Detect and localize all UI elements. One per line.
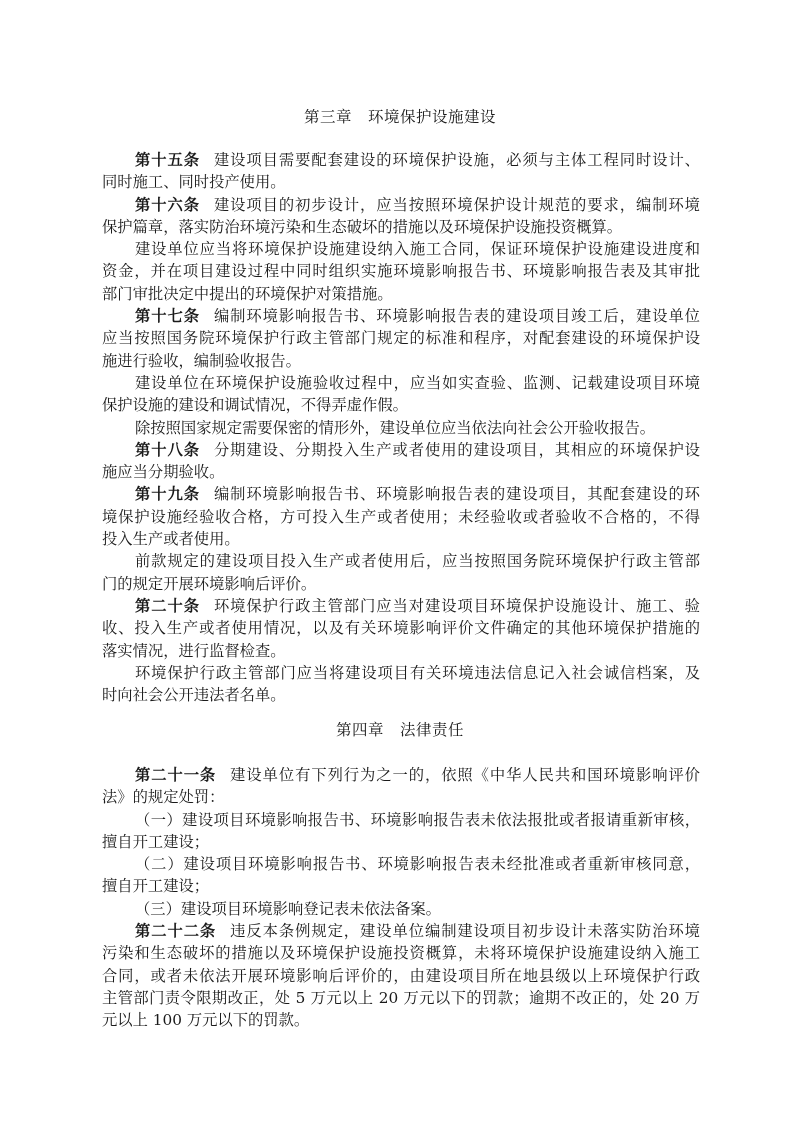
line-text: 施应当分期验收。 bbox=[102, 463, 224, 481]
line-text: 建设项目需要配套建设的环境保护设施，必须与主体工程同时设计、 bbox=[214, 151, 700, 169]
article-line: 第十六条建设项目的初步设计，应当按照环境保护设计规范的要求，编制环境 bbox=[102, 194, 700, 216]
chapter-3-title: 第三章 环境保护设施建设 bbox=[0, 107, 800, 127]
text-line: 门的规定开展环境影响后评价。 bbox=[102, 573, 700, 595]
line-text: 落实情况，进行监督检查。 bbox=[102, 642, 286, 660]
line-text: 部门审批决定中提出的环境保护对策措施。 bbox=[102, 285, 393, 303]
article-number: 第十九条 bbox=[135, 485, 200, 503]
line-text: 法》的规定处罚： bbox=[102, 788, 224, 806]
text-line: 资金，并在项目建设过程中同时组织实施环境影响报告书、环境影响报告表及其审批 bbox=[102, 260, 700, 282]
article-line: 第十九条编制环境影响报告书、环境影响报告表的建设项目，其配套建设的环 bbox=[102, 483, 700, 505]
line-text: 环境保护行政主管部门应当将建设项目有关环境违法信息记入社会诚信档案，及 bbox=[135, 664, 700, 682]
line-text: 施进行验收，编制验收报告。 bbox=[102, 352, 301, 370]
line-text: 投入生产或者使用。 bbox=[102, 530, 240, 548]
text-line: 施进行验收，编制验收报告。 bbox=[102, 350, 700, 372]
chapter-3-body: 第十五条建设项目需要配套建设的环境保护设施，必须与主体工程同时设计、同时施工、同… bbox=[102, 149, 700, 706]
line-text: 保护篇章，落实防治环境污染和生态破坏的措施以及环境保护设施投资概算。 bbox=[102, 218, 622, 236]
text-line: 保护篇章，落实防治环境污染和生态破坏的措施以及环境保护设施投资概算。 bbox=[102, 216, 700, 238]
line-text: 污染和生态破坏的措施以及环境保护设施投资概算，未将环境保护设施建设纳入施工 bbox=[102, 944, 700, 962]
chapter-4-title: 第四章 法律责任 bbox=[0, 720, 800, 740]
article-line: 第十七条编制环境影响报告书、环境影响报告表的建设项目竣工后，建设单位 bbox=[102, 305, 700, 327]
text-line: （二）建设项目环境影响报告书、环境影响报告表未经批准或者重新审核同意， bbox=[102, 853, 700, 875]
text-line: 元以上 100 万元以下的罚款。 bbox=[102, 1009, 700, 1031]
line-text: 收、投入生产或者使用情况，以及有关环境影响评价文件确定的其他环境保护措施的 bbox=[102, 619, 700, 637]
article-number: 第十八条 bbox=[135, 441, 200, 459]
article-number: 第十五条 bbox=[135, 151, 200, 169]
text-line: 擅自开工建设； bbox=[102, 831, 700, 853]
text-line: 时向社会公开违法者名单。 bbox=[102, 684, 700, 706]
chapter-4-body: 第二十一条建设单位有下列行为之一的，依照《中华人民共和国环境影响评价法》的规定处… bbox=[102, 764, 700, 1032]
article-number: 第十六条 bbox=[135, 196, 200, 214]
text-line: 部门审批决定中提出的环境保护对策措施。 bbox=[102, 283, 700, 305]
document-page: 第三章 环境保护设施建设 第十五条建设项目需要配套建设的环境保护设施，必须与主体… bbox=[0, 0, 800, 1131]
article-line: 第二十条环境保护行政主管部门应当对建设项目环境保护设施设计、施工、验 bbox=[102, 595, 700, 617]
article-number: 第二十一条 bbox=[135, 766, 216, 784]
line-text: 编制环境影响报告书、环境影响报告表的建设项目，其配套建设的环 bbox=[214, 485, 700, 503]
line-text: 资金，并在项目建设过程中同时组织实施环境影响报告书、环境影响报告表及其审批 bbox=[102, 262, 700, 280]
text-line: 环境保护行政主管部门应当将建设项目有关环境违法信息记入社会诚信档案，及 bbox=[102, 662, 700, 684]
text-line: 污染和生态破坏的措施以及环境保护设施投资概算，未将环境保护设施建设纳入施工 bbox=[102, 942, 700, 964]
line-text: 违反本条例规定，建设单位编制建设项目初步设计未落实防治环境 bbox=[230, 922, 700, 940]
line-text: （三）建设项目环境影响登记表未依法备案。 bbox=[135, 900, 441, 918]
article-number: 第二十条 bbox=[135, 597, 200, 615]
line-text: 建设单位有下列行为之一的，依照《中华人民共和国环境影响评价 bbox=[230, 766, 700, 784]
line-text: 保护设施的建设和调试情况，不得弄虚作假。 bbox=[102, 396, 408, 414]
text-line: 保护设施的建设和调试情况，不得弄虚作假。 bbox=[102, 394, 700, 416]
text-line: 收、投入生产或者使用情况，以及有关环境影响评价文件确定的其他环境保护措施的 bbox=[102, 617, 700, 639]
article-number: 第二十二条 bbox=[135, 922, 216, 940]
line-text: 环境保护行政主管部门应当对建设项目环境保护设施设计、施工、验 bbox=[214, 597, 700, 615]
line-text: 时向社会公开违法者名单。 bbox=[102, 686, 286, 704]
line-text: 境保护设施经验收合格，方可投入生产或者使用；未经验收或者验收不合格的，不得 bbox=[102, 508, 700, 526]
article-line: 第十八条分期建设、分期投入生产或者使用的建设项目，其相应的环境保护设 bbox=[102, 439, 700, 461]
line-text: 建设单位应当将环境保护设施建设纳入施工合同，保证环境保护设施建设进度和 bbox=[135, 240, 700, 258]
text-line: 建设单位在环境保护设施验收过程中，应当如实查验、监测、记载建设项目环境 bbox=[102, 372, 700, 394]
article-line: 第二十二条违反本条例规定，建设单位编制建设项目初步设计未落实防治环境 bbox=[102, 920, 700, 942]
article-number: 第十七条 bbox=[135, 307, 200, 325]
text-line: 施应当分期验收。 bbox=[102, 461, 700, 483]
line-text: 前款规定的建设项目投入生产或者使用后，应当按照国务院环境保护行政主管部 bbox=[135, 552, 700, 570]
text-line: 擅自开工建设； bbox=[102, 875, 700, 897]
text-line: 主管部门责令限期改正，处 5 万元以上 20 万元以下的罚款；逾期不改正的，处 … bbox=[102, 987, 700, 1009]
line-text: 同时施工、同时投产使用。 bbox=[102, 173, 286, 191]
text-line: 投入生产或者使用。 bbox=[102, 528, 700, 550]
line-text: （二）建设项目环境影响报告书、环境影响报告表未经批准或者重新审核同意， bbox=[135, 855, 700, 873]
text-line: 境保护设施经验收合格，方可投入生产或者使用；未经验收或者验收不合格的，不得 bbox=[102, 506, 700, 528]
line-text: 元以上 100 万元以下的罚款。 bbox=[102, 1011, 309, 1029]
line-text: 除按照国家规定需要保密的情形外，建设单位应当依法向社会公开验收报告。 bbox=[135, 419, 655, 437]
line-text: 建设项目的初步设计，应当按照环境保护设计规范的要求，编制环境 bbox=[214, 196, 700, 214]
line-text: 合同，或者未依法开展环境影响后评价的，由建设项目所在地县级以上环境保护行政 bbox=[102, 967, 700, 985]
article-line: 第二十一条建设单位有下列行为之一的，依照《中华人民共和国环境影响评价 bbox=[102, 764, 700, 786]
line-text: 建设单位在环境保护设施验收过程中，应当如实查验、监测、记载建设项目环境 bbox=[135, 374, 700, 392]
text-line: 合同，或者未依法开展环境影响后评价的，由建设项目所在地县级以上环境保护行政 bbox=[102, 965, 700, 987]
line-text: 主管部门责令限期改正，处 5 万元以上 20 万元以下的罚款；逾期不改正的，处 … bbox=[102, 989, 700, 1007]
line-text: 擅自开工建设； bbox=[102, 877, 209, 895]
text-line: 法》的规定处罚： bbox=[102, 786, 700, 808]
line-text: 分期建设、分期投入生产或者使用的建设项目，其相应的环境保护设 bbox=[214, 441, 700, 459]
text-line: 除按照国家规定需要保密的情形外，建设单位应当依法向社会公开验收报告。 bbox=[102, 417, 700, 439]
text-line: 建设单位应当将环境保护设施建设纳入施工合同，保证环境保护设施建设进度和 bbox=[102, 238, 700, 260]
text-line: （一）建设项目环境影响报告书、环境影响报告表未依法报批或者报请重新审核， bbox=[102, 809, 700, 831]
text-line: （三）建设项目环境影响登记表未依法备案。 bbox=[102, 898, 700, 920]
text-line: 落实情况，进行监督检查。 bbox=[102, 640, 700, 662]
text-line: 应当按照国务院环境保护行政主管部门规定的标准和程序，对配套建设的环境保护设 bbox=[102, 327, 700, 349]
line-text: 擅自开工建设； bbox=[102, 833, 209, 851]
text-line: 同时施工、同时投产使用。 bbox=[102, 171, 700, 193]
text-line: 前款规定的建设项目投入生产或者使用后，应当按照国务院环境保护行政主管部 bbox=[102, 550, 700, 572]
line-text: 门的规定开展环境影响后评价。 bbox=[102, 575, 316, 593]
line-text: 应当按照国务院环境保护行政主管部门规定的标准和程序，对配套建设的环境保护设 bbox=[102, 329, 700, 347]
line-text: （一）建设项目环境影响报告书、环境影响报告表未依法报批或者报请重新审核， bbox=[135, 811, 700, 829]
article-line: 第十五条建设项目需要配套建设的环境保护设施，必须与主体工程同时设计、 bbox=[102, 149, 700, 171]
line-text: 编制环境影响报告书、环境影响报告表的建设项目竣工后，建设单位 bbox=[214, 307, 700, 325]
